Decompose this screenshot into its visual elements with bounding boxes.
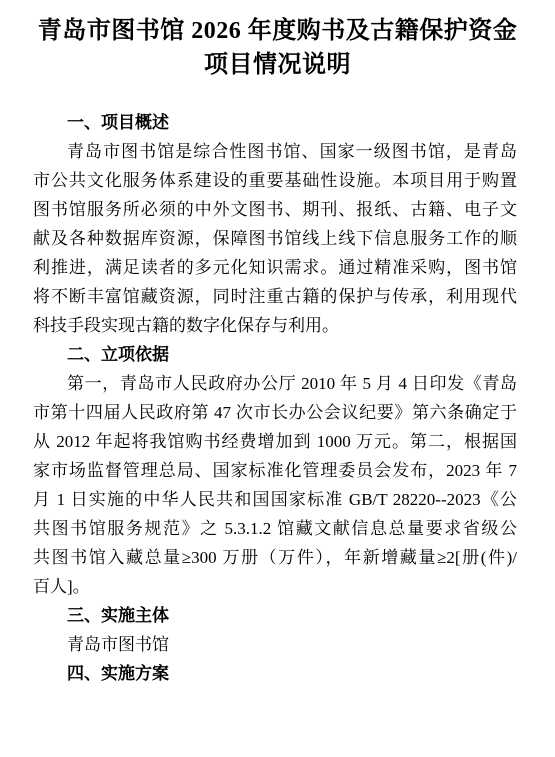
- section-4-heading: 四、实施方案: [33, 659, 517, 688]
- document-body: 一、项目概述 青岛市图书馆是综合性图书馆、国家一级图书馆，是青岛 市公共文化服务…: [33, 108, 517, 688]
- document-page: 青岛市图书馆 2026 年度购书及古籍保护资金 项目情况说明 一、项目概述 青岛…: [0, 0, 555, 757]
- body-line: 从 2012 年起将我馆购书经费增加到 1000 万元。第二，根据国: [33, 427, 517, 456]
- body-line: 青岛市图书馆: [33, 630, 517, 659]
- body-line: 图书馆服务所必须的中外文图书、期刊、报纸、古籍、电子文: [33, 195, 517, 224]
- body-line: 利推进，满足读者的多元化知识需求。通过精准采购，图书馆: [33, 253, 517, 282]
- body-line: 将不断丰富馆藏资源，同时注重古籍的保护与传承，利用现代: [33, 282, 517, 311]
- title-line-2: 项目情况说明: [0, 48, 555, 82]
- body-line: 献及各种数据库资源，保障图书馆线上线下信息服务工作的顺: [33, 224, 517, 253]
- body-line: 市公共文化服务体系建设的重要基础性设施。本项目用于购置: [33, 166, 517, 195]
- body-line: 青岛市图书馆是综合性图书馆、国家一级图书馆，是青岛: [33, 137, 517, 166]
- document-title: 青岛市图书馆 2026 年度购书及古籍保护资金 项目情况说明: [0, 0, 555, 82]
- title-line-1: 青岛市图书馆 2026 年度购书及古籍保护资金: [0, 14, 555, 48]
- body-line: 月 1 日实施的中华人民共和国国家标准 GB/T 28220--2023《公: [33, 485, 517, 514]
- body-line: 共图书馆服务规范》之 5.3.1.2 馆藏文献信息总量要求省级公: [33, 514, 517, 543]
- body-line: 共图书馆入藏总量≥300 万册（万件），年新增藏量≥2[册(件)/: [33, 543, 517, 572]
- body-line: 第一，青岛市人民政府办公厅 2010 年 5 月 4 日印发《青岛: [33, 369, 517, 398]
- body-line: 市第十四届人民政府第 47 次市长办公会议纪要》第六条确定于: [33, 398, 517, 427]
- section-3-heading: 三、实施主体: [33, 601, 517, 630]
- section-1-heading: 一、项目概述: [33, 108, 517, 137]
- body-line: 百人]。: [33, 572, 517, 601]
- body-line: 家市场监督管理总局、国家标准化管理委员会发布，2023 年 7: [33, 456, 517, 485]
- section-2-heading: 二、立项依据: [33, 340, 517, 369]
- body-line: 科技手段实现古籍的数字化保存与利用。: [33, 311, 517, 340]
